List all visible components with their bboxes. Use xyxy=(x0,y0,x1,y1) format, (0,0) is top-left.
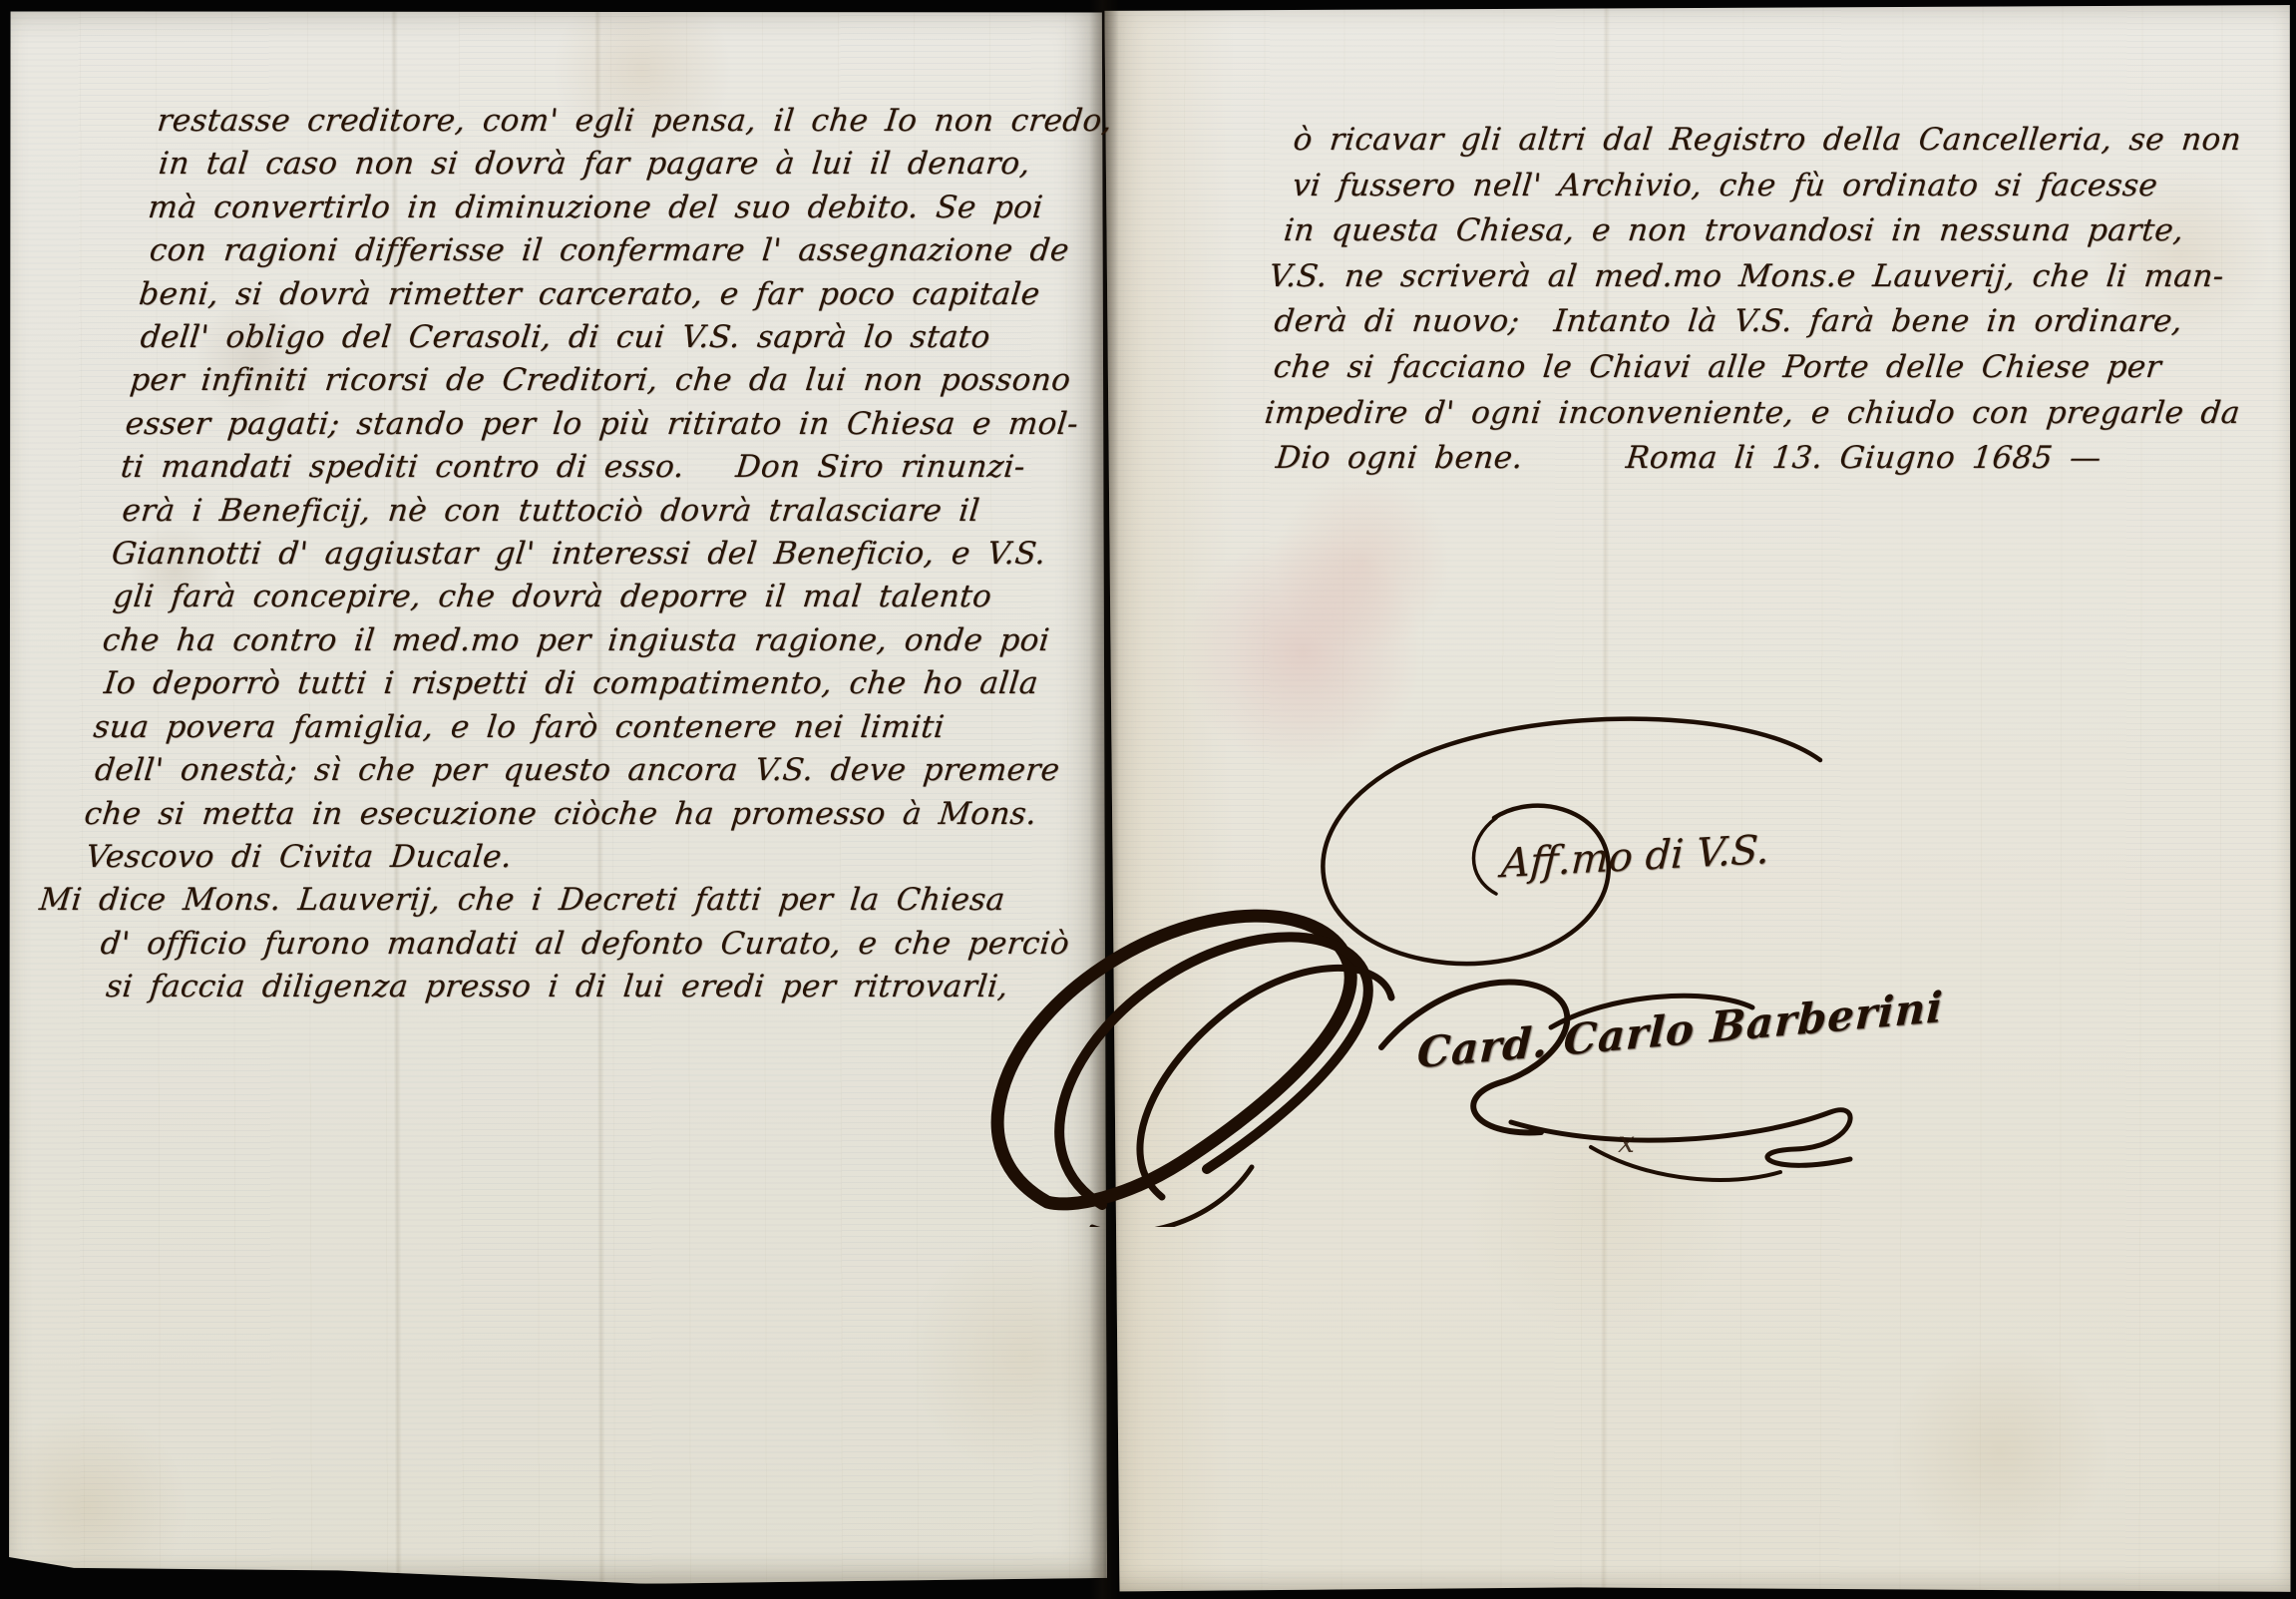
manuscript-line: derà di nuovo; Intanto là V.S. farà bene… xyxy=(1272,299,2252,345)
manuscript-line: erà i Beneficij, nè con tuttociò dovrà t… xyxy=(120,490,1117,533)
manuscript-line: mà convertirlo in diminuzione del suo de… xyxy=(146,187,1143,229)
manuscript-line: che si metta in esecuzione ciòche ha pro… xyxy=(82,793,1079,836)
manuscript-line: gli farà concepire, che dovrà deporre il… xyxy=(111,576,1108,618)
cross-mark: x xyxy=(1618,1125,1635,1160)
manuscript-line: beni, si dovrà rimetter carcerato, e far… xyxy=(137,273,1134,316)
left-page-text: restasse creditore, com' egli pensa, il … xyxy=(64,100,1152,1009)
manuscript-line: sua povera famiglia, e lo farò contenere… xyxy=(91,706,1088,749)
manuscript-line: con ragioni differisse il confermare l' … xyxy=(148,229,1145,272)
manuscript-line: impedire d' ogni inconveniente, e chiudo… xyxy=(1263,391,2243,437)
manuscript-line: in tal caso non si dovrà far pagare à lu… xyxy=(157,143,1154,186)
right-page-text: ò ricavar gli altri dal Registro della C… xyxy=(1258,118,2271,482)
manuscript-line: V.S. ne scriverà al med.mo Mons.e Lauver… xyxy=(1267,254,2261,300)
manuscript-line: in questa Chiesa, e non trovandosi in ne… xyxy=(1282,208,2262,254)
manuscript-line: d' officio furono mandati al defonto Cur… xyxy=(99,923,1072,966)
manuscript-line: Dio ogni bene. Roma li 13. Giugno 1685 — xyxy=(1274,436,2242,482)
manuscript-line: per infiniti ricorsi de Creditori, che d… xyxy=(128,359,1125,402)
manuscript-line: ti mandati spediti contro di esso. Don S… xyxy=(119,446,1116,489)
manuscript-line: dell' onestà; sì che per questo ancora V… xyxy=(93,749,1090,792)
manuscript-line: esser pagati; stando per lo più ritirato… xyxy=(123,403,1126,446)
manuscript-line: Mi dice Mons. Lauverij, che i Decreti fa… xyxy=(37,879,1070,922)
manuscript-line: che si facciano le Chiavi alle Porte del… xyxy=(1271,345,2251,391)
manuscript-line: vi fussero nell' Archivio, che fù ordina… xyxy=(1291,164,2271,209)
manuscript-line: si faccia diligenza presso i di lui ered… xyxy=(104,966,1061,1008)
manuscript-line: Vescovo di Civita Ducale. xyxy=(84,836,1081,879)
manuscript-scan: { "document": { "left_page": { "lines": … xyxy=(0,0,2296,1599)
manuscript-line: Io deporrò tutti i rispetti di compatime… xyxy=(102,662,1099,705)
manuscript-line: restasse creditore, com' egli pensa, il … xyxy=(155,100,1152,143)
manuscript-line: che ha contro il med.mo per ingiusta rag… xyxy=(101,619,1098,662)
manuscript-line: ò ricavar gli altri dal Registro della C… xyxy=(1291,118,2271,164)
manuscript-line: Giannotti d' aggiustar gl' interessi del… xyxy=(110,533,1107,576)
manuscript-line: dell' obligo del Cerasoli, di cui V.S. s… xyxy=(139,316,1136,359)
